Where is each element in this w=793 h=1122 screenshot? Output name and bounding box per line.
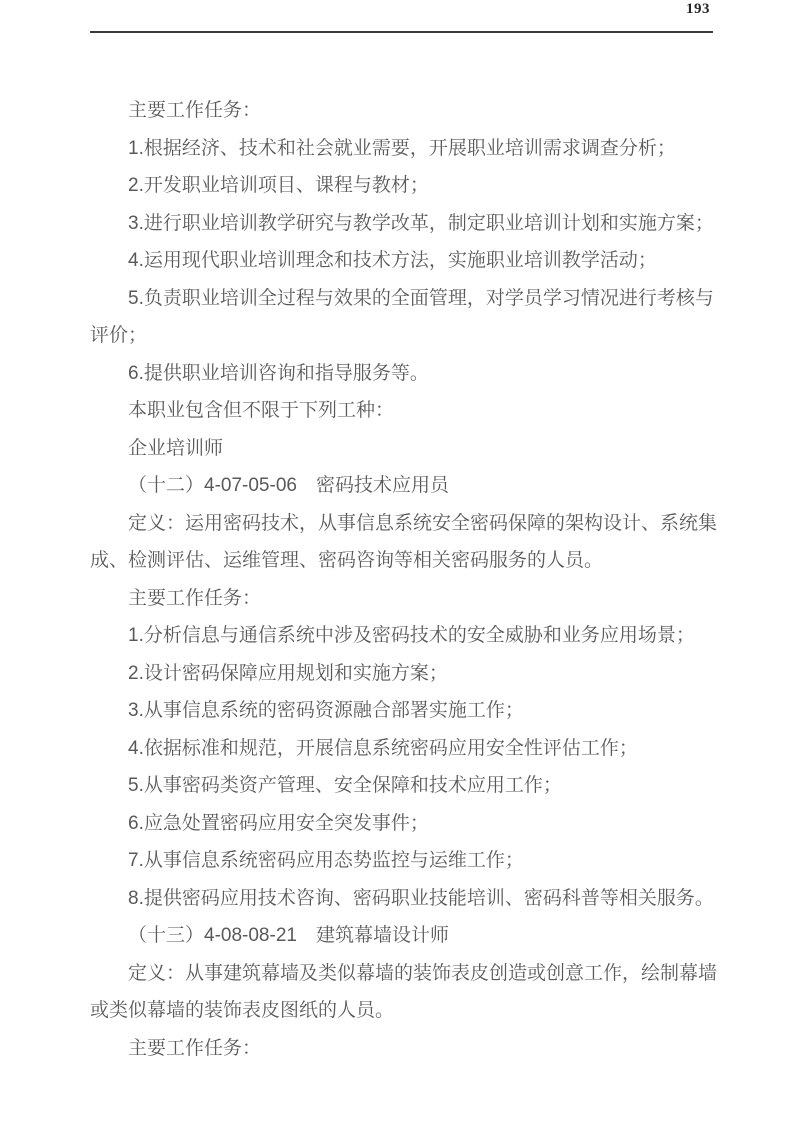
paragraph: 5.负责职业培训全过程与效果的全面管理，对学员学习情况进行考核与评价； [90, 280, 722, 355]
page-number: 193 [686, 1, 710, 18]
paragraph: （十三）4-08-08-21 建筑幕墙设计师 [90, 917, 722, 955]
paragraph: 6.提供职业培训咨询和指导服务等。 [90, 355, 722, 393]
paragraph: 4.依据标准和规范，开展信息系统密码应用安全性评估工作； [90, 730, 722, 768]
paragraph: 6.应急处置密码应用安全突发事件； [90, 805, 722, 843]
paragraph: 5.从事密码类资产管理、安全保障和技术应用工作； [90, 767, 722, 805]
paragraph: 1.根据经济、技术和社会就业需要，开展职业培训需求调查分析； [90, 130, 722, 168]
paragraph: 定义：运用密码技术，从事信息系统安全密码保障的架构设计、系统集成、检测评估、运维… [90, 505, 722, 580]
paragraph: 企业培训师 [90, 430, 722, 468]
header-rule [90, 31, 713, 33]
paragraph: 7.从事信息系统密码应用态势监控与运维工作； [90, 842, 722, 880]
paragraph: （十二）4-07-05-06 密码技术应用员 [90, 467, 722, 505]
paragraph: 主要工作任务： [90, 580, 722, 618]
document-body: 主要工作任务： 1.根据经济、技术和社会就业需要，开展职业培训需求调查分析； 2… [90, 92, 722, 1067]
paragraph: 2.设计密码保障应用规划和实施方案； [90, 655, 722, 693]
paragraph: 2.开发职业培训项目、课程与教材； [90, 167, 722, 205]
paragraph: 3.从事信息系统的密码资源融合部署实施工作； [90, 692, 722, 730]
paragraph: 定义：从事建筑幕墙及类似幕墙的装饰表皮创造或创意工作，绘制幕墙或类似幕墙的装饰表… [90, 955, 722, 1030]
paragraph: 4.运用现代职业培训理念和技术方法，实施职业培训教学活动； [90, 242, 722, 280]
paragraph: 3.进行职业培训教学研究与教学改革，制定职业培训计划和实施方案； [90, 205, 722, 243]
paragraph: 1.分析信息与通信系统中涉及密码技术的安全威胁和业务应用场景； [90, 617, 722, 655]
document-page: 193 主要工作任务： 1.根据经济、技术和社会就业需要，开展职业培训需求调查分… [0, 0, 793, 1122]
paragraph: 主要工作任务： [90, 92, 722, 130]
paragraph: 8.提供密码应用技术咨询、密码职业技能培训、密码科普等相关服务。 [90, 880, 722, 918]
paragraph: 本职业包含但不限于下列工种： [90, 392, 722, 430]
paragraph: 主要工作任务： [90, 1030, 722, 1068]
